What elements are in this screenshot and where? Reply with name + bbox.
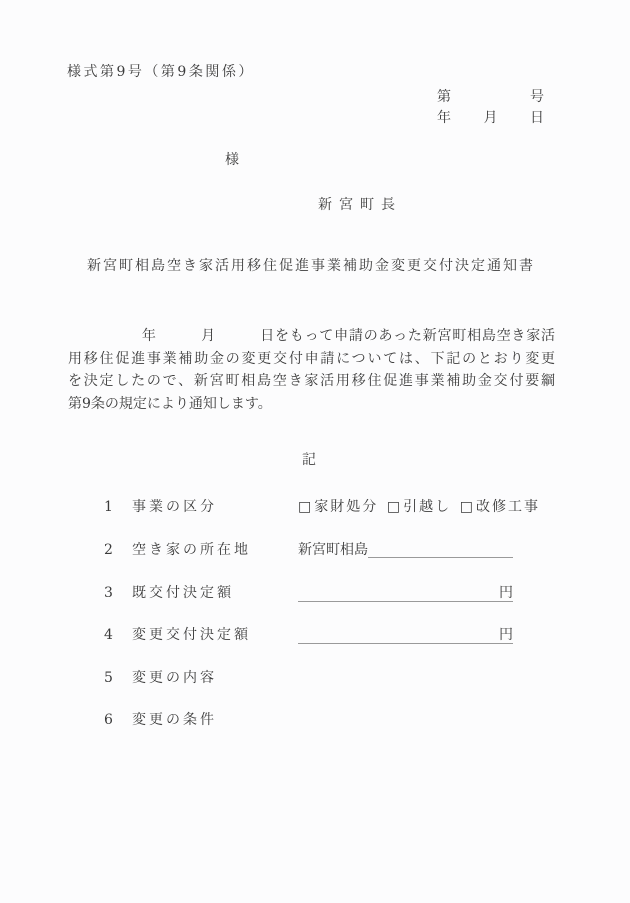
body-line-1: 年 月 日をもって申請のあった新宮町相島空き家活 [68,325,555,348]
form-item-vacant-house-location: 2空き家の所在地 新宮町相島 [104,542,540,559]
body-paragraph: 年 月 日をもって申請のあった新宮町相島空き家活 用移住促進事業補助金の変更交付… [68,325,555,416]
date-day-label: 日 [530,110,544,126]
option-label: 改修工事 [476,499,540,515]
item-number: 6 [104,712,132,728]
currency-unit-label: 円 [499,585,513,601]
addressee-honorific: 様 [225,152,239,168]
item-number: 4 [104,627,132,643]
option-label: 家財処分 [314,499,378,515]
changed-amount-value: 円 [298,627,513,644]
project-category-options: □家財処分 □引越し □改修工事 [298,499,540,515]
document-number-line: 第 号 [437,89,544,105]
document-number-suffix: 号 [530,89,544,105]
date-month-label: 月 [484,110,498,126]
amount-fill-in-line: 円 [298,628,513,644]
date-line: 年 月 日 [437,110,544,126]
item-label: 変更の内容 [132,670,217,686]
fill-in-line [368,543,513,558]
item-number: 1 [104,499,132,515]
form-item-changed-grant-amount: 4変更交付決定額 円 [104,627,540,644]
body-line-4: 第9条の規定により通知します。 [68,393,555,416]
option-kazai-shobun: □家財処分 [298,499,378,515]
document-title: 新宮町相島空き家活用移住促進事業補助金変更交付決定通知書 [0,258,622,274]
item-label: 事業の区分 [132,499,217,515]
item-number: 3 [104,585,132,601]
item-label: 既交付決定額 [132,585,234,601]
document-page: 様式第9号（第9条関係） 第 号 年 月 日 様 新宮町長 新宮町相島空き家活用… [0,0,630,903]
form-item-previous-grant-amount: 3既交付決定額 円 [104,585,540,602]
form-number: 様式第9号（第9条関係） [67,64,255,80]
form-item-change-conditions: 6変更の条件 [104,712,540,729]
location-value: 新宮町相島 [298,542,513,558]
location-prefix-text: 新宮町相島 [298,542,368,558]
item-label: 変更の条件 [132,712,217,728]
item-label: 空き家の所在地 [132,542,251,558]
body-line-2: 用移住促進事業補助金の変更交付申請については、下記のとおり変更 [68,348,555,371]
item-number: 5 [104,670,132,686]
item-number: 2 [104,542,132,558]
date-year-label: 年 [437,110,451,126]
currency-unit-label: 円 [499,627,513,643]
ki-separator: 記 [0,452,618,468]
body-line-3: を決定したので、新宮町相島空き家活用移住促進事業補助金交付要綱 [68,370,555,393]
document-number-prefix: 第 [437,89,451,105]
checkbox-icon: □ [387,499,402,515]
amount-fill-in-line: 円 [298,586,513,602]
form-item-change-details: 5変更の内容 [104,670,540,687]
form-item-project-category: 1事業の区分 □家財処分 □引越し □改修工事 [104,499,540,516]
sender-name: 新宮町長 [318,197,402,213]
option-label: 引越し [403,499,451,515]
item-label: 変更交付決定額 [132,627,251,643]
previous-amount-value: 円 [298,585,513,602]
option-kaishu-koji: □改修工事 [460,499,540,515]
option-hikkoshi: □引越し [387,499,451,515]
checkbox-icon: □ [460,499,475,515]
checkbox-icon: □ [298,499,313,515]
